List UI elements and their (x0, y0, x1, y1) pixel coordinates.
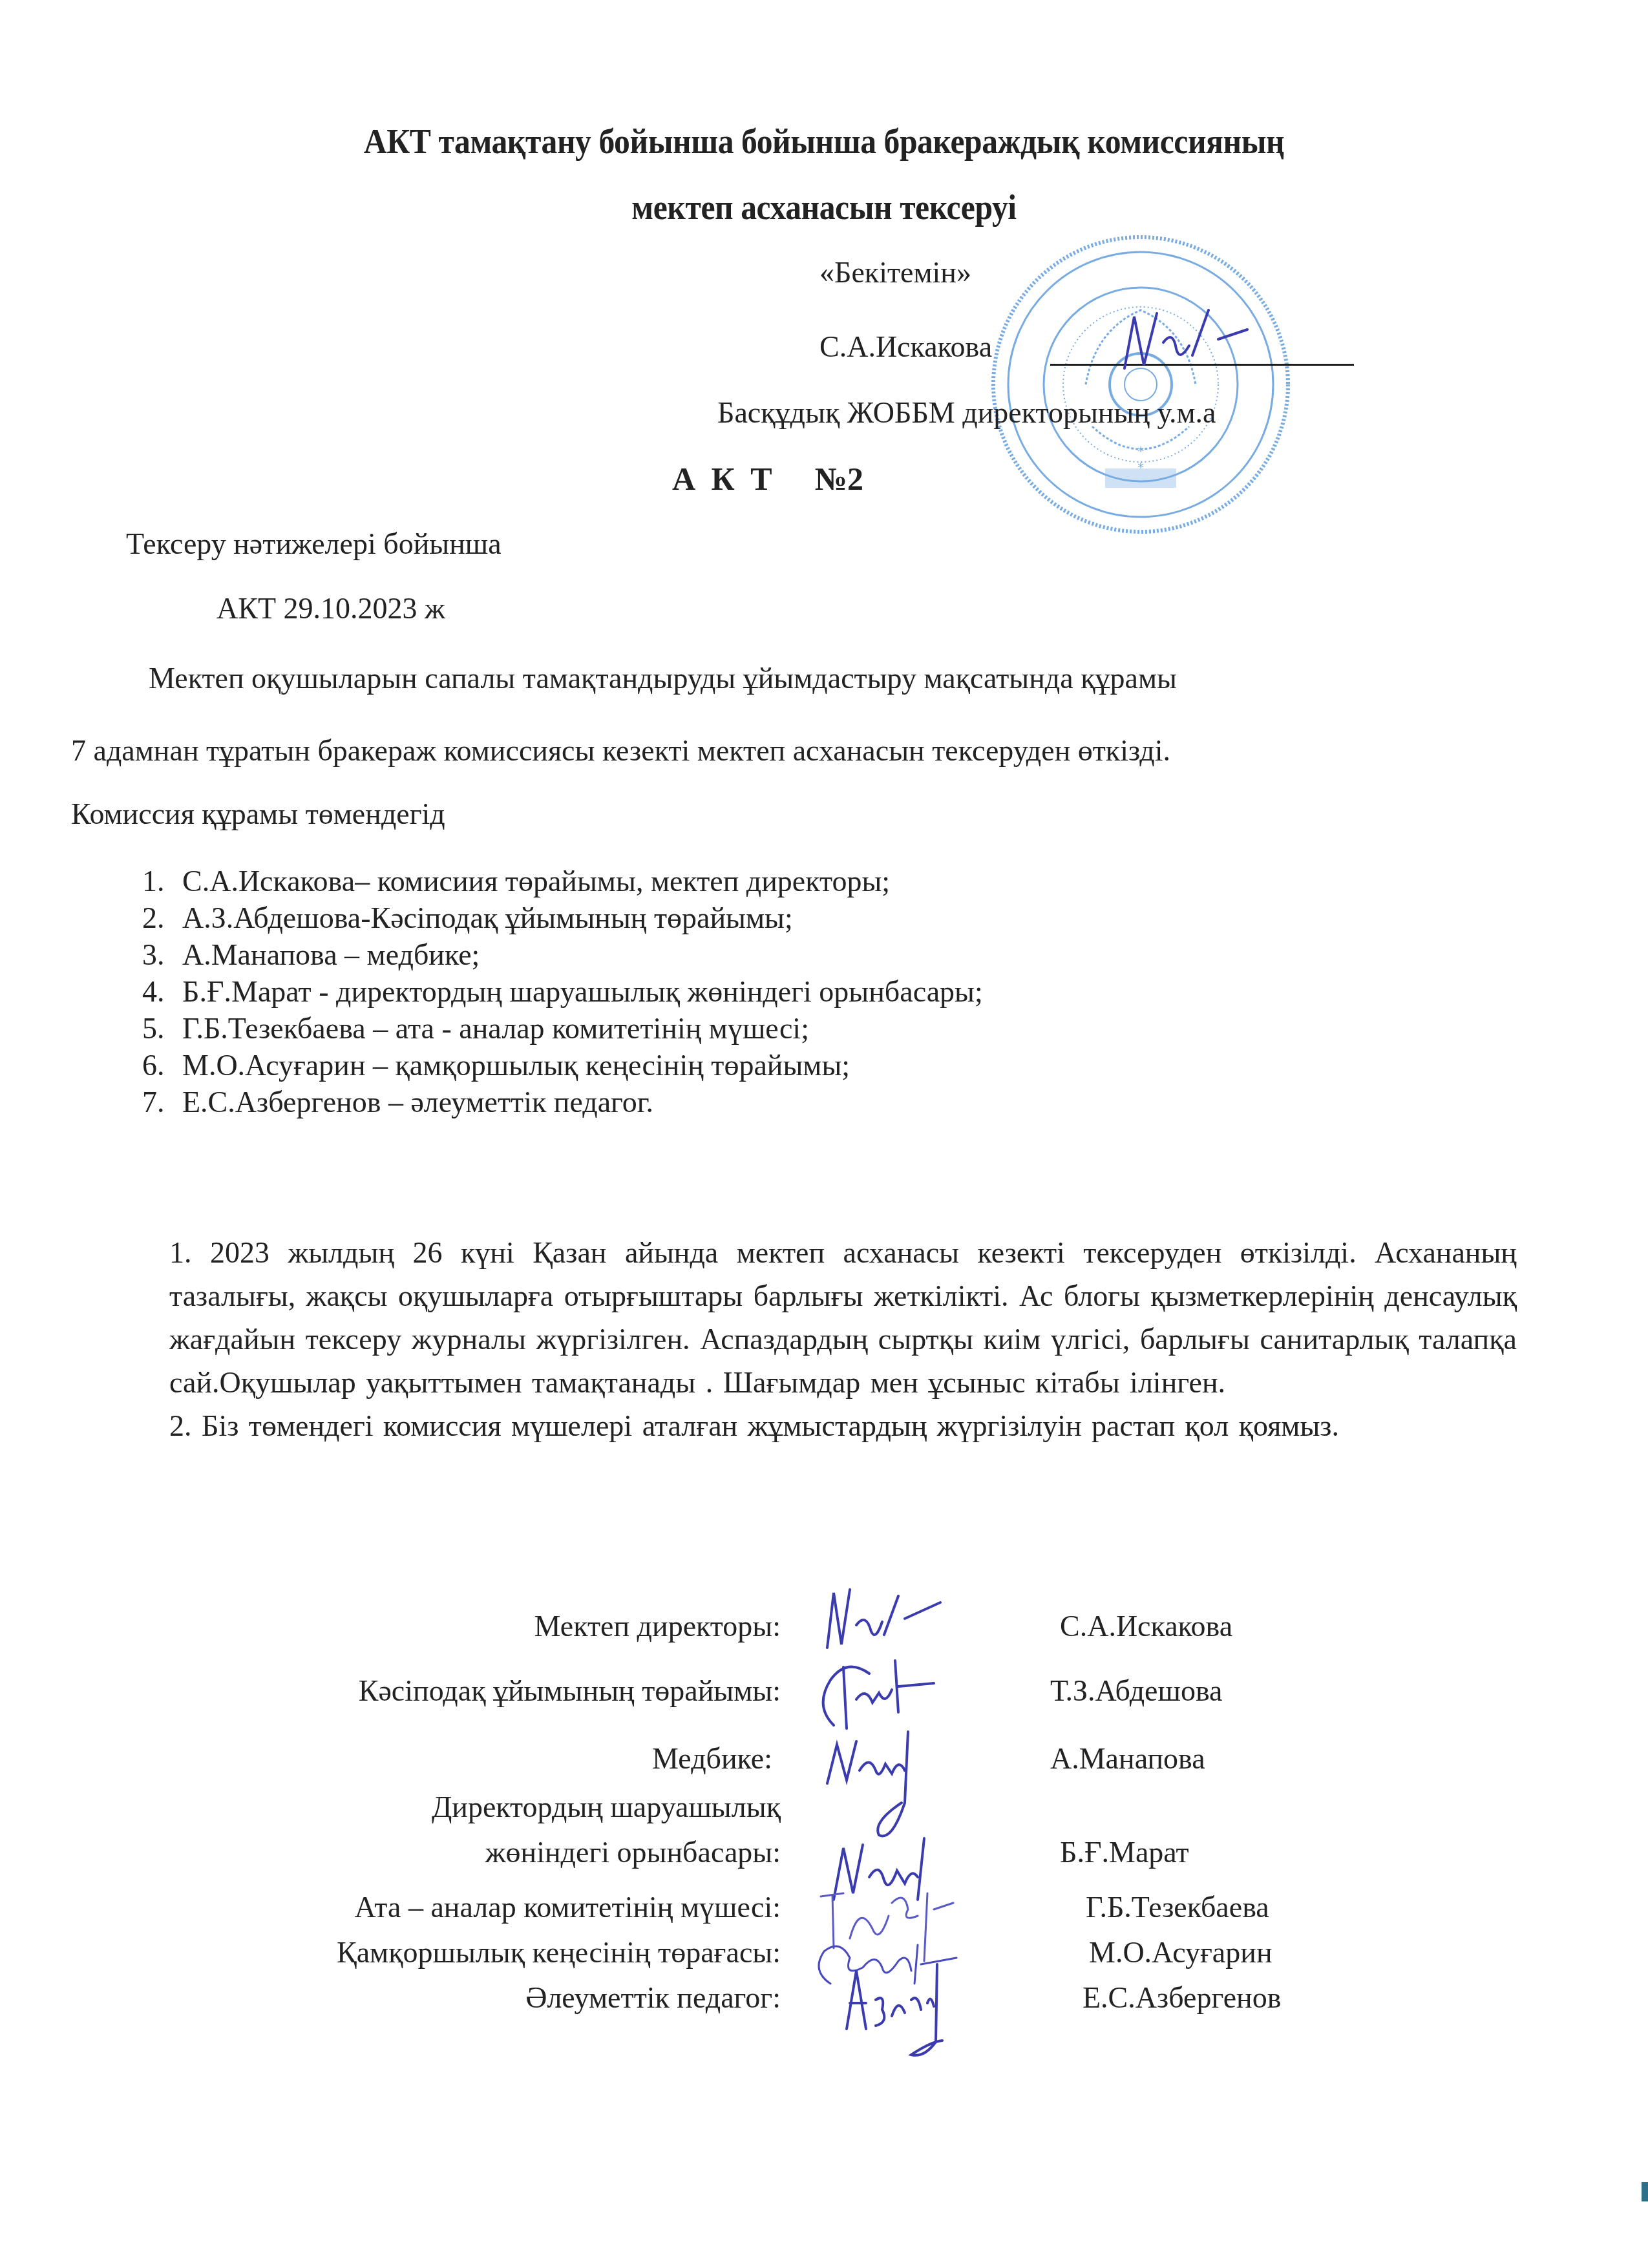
signature-azbergenov-icon (821, 1958, 944, 2061)
approval-label: «Бекітемін» (819, 255, 971, 289)
scan-edge-mark (1642, 2182, 1648, 2201)
composition-label: Комиссия құрамы төмендегід (71, 797, 445, 831)
commission-members-list: 1.С.А.Искакова– комисиия төрайымы, мекте… (142, 863, 983, 1120)
member-item: 5.Г.Б.Тезекбаева – ата - аналар комитеті… (142, 1010, 983, 1047)
director-signature-icon (1112, 304, 1254, 375)
member-item: 6.М.О.Асуғарин – қамқоршылық кеңесінің т… (142, 1047, 983, 1084)
member-item: 2.А.З.Абдешова-Кәсіподақ ұйымының төрайы… (142, 899, 983, 936)
finding-paragraph-1: 1. 2023 жылдың 26 күні Қазан айында мект… (169, 1231, 1517, 1404)
signature-iskakova-icon (814, 1583, 944, 1654)
member-item: 4.Б.Ғ.Марат - директордың шаруашылық жөн… (142, 973, 983, 1010)
act-date: АКТ 29.10.2023 ж (217, 591, 445, 625)
act-number-heading: А К Т№2 (672, 460, 863, 498)
intro-line-1: Мектеп оқушыларын сапалы тамақтандыруды … (149, 661, 1177, 695)
finding-paragraph-2: 2. Біз төмендегі комиссия мүшелері аталғ… (169, 1404, 1517, 1447)
act-label: А К Т (672, 461, 776, 497)
svg-text:*: * (1137, 443, 1144, 459)
member-item: 1.С.А.Искакова– комисиия төрайымы, мекте… (142, 863, 983, 899)
document-title-line-2: мектеп асханасын тексеруі (66, 187, 1582, 227)
act-number: №2 (815, 461, 863, 497)
svg-text:*: * (1137, 459, 1144, 475)
approval-name: С.А.Искакова (819, 330, 992, 364)
signature-manapova-icon (814, 1719, 924, 1848)
approval-position: Басқұдық ЖОББМ директорының у.м.а (717, 395, 1216, 430)
document-title-line-1: АКТ тамақтану бойынша бойынша бракеражды… (66, 121, 1582, 162)
member-item: 7.Е.С.Азбергенов – әлеуметтік педагог. (142, 1084, 983, 1120)
findings-section: 1. 2023 жылдың 26 күні Қазан айында мект… (169, 1231, 1517, 1447)
official-stamp-icon: * * (989, 233, 1293, 536)
intro-line-2: 7 адамнан тұратын бракераж комиссиясы ке… (71, 733, 1170, 768)
member-item: 3.А.Манапова – медбике; (142, 936, 983, 973)
inspection-subtitle: Тексеру нәтижелері бойынша (126, 527, 502, 561)
